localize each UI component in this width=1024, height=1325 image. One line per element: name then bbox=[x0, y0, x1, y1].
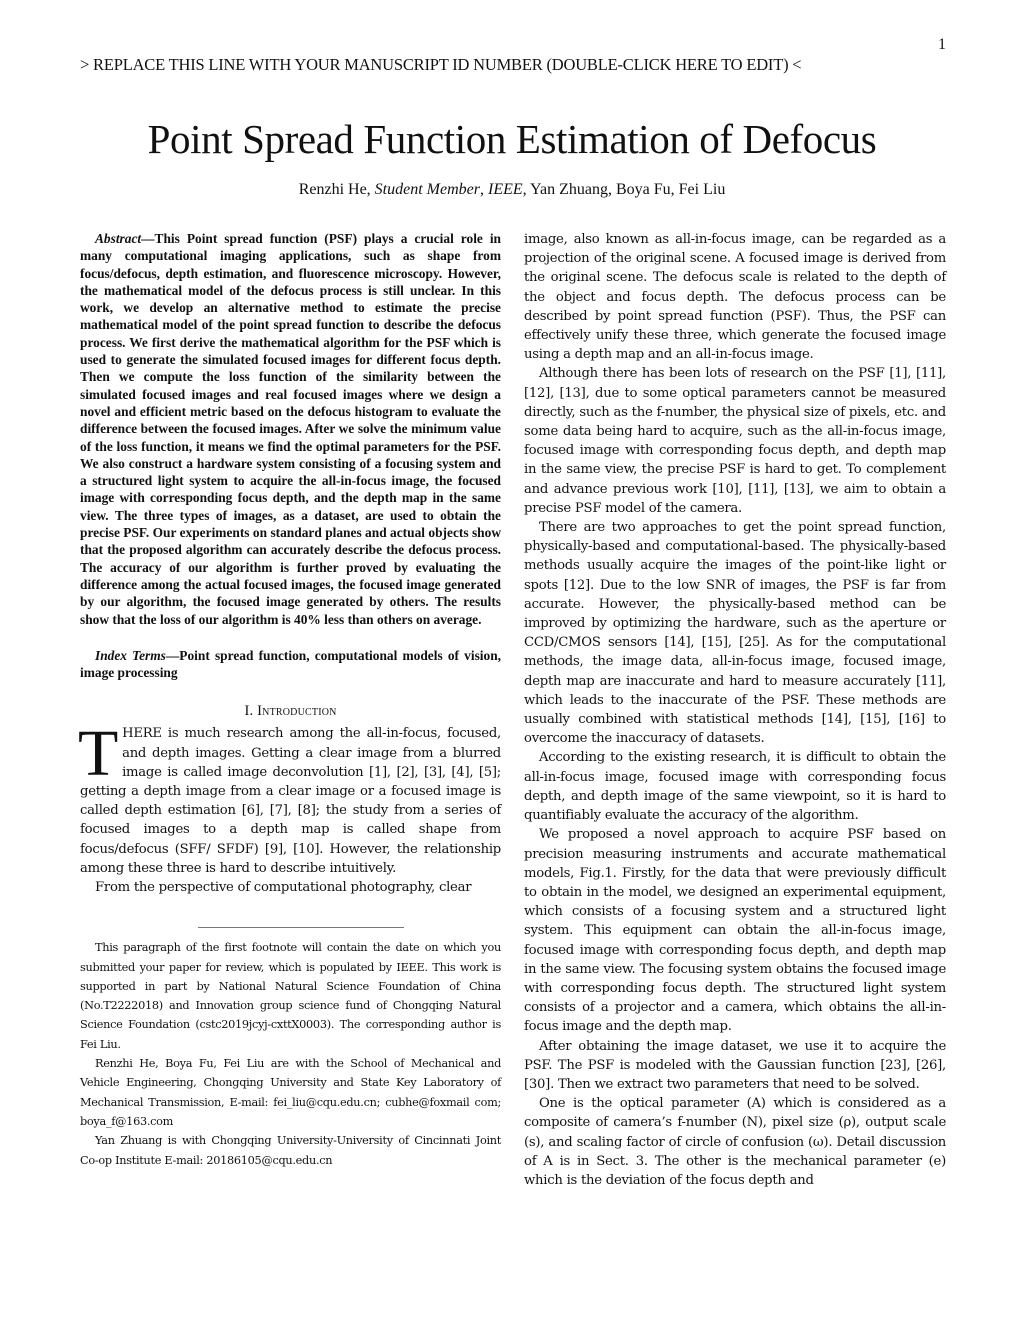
intro-paragraph-1-text: HERE is much research among the all-in-f… bbox=[80, 726, 501, 875]
left-column: Abstract—This Point spread function (PSF… bbox=[80, 230, 501, 1170]
right-paragraph-2: Although there has been lots of research… bbox=[524, 364, 946, 518]
index-terms-lead: Index Terms bbox=[95, 648, 166, 663]
author-rest: , Yan Zhuang, Boya Fu, Fei Liu bbox=[523, 181, 726, 198]
footnote-3: Yan Zhuang is with Chongqing University-… bbox=[80, 1131, 501, 1170]
abstract-text: —This Point spread function (PSF) plays … bbox=[80, 231, 501, 627]
intro-paragraph-2: From the perspective of computational ph… bbox=[80, 878, 501, 897]
index-terms: Index Terms—Point spread function, compu… bbox=[80, 647, 501, 682]
footnote-1: This paragraph of the first footnote wil… bbox=[80, 938, 501, 1054]
abstract-lead: Abstract bbox=[95, 231, 141, 246]
right-paragraph-4: According to the existing research, it i… bbox=[524, 748, 946, 825]
section-heading-introduction: I. Introduction bbox=[80, 703, 501, 720]
footnote-divider bbox=[198, 927, 404, 928]
right-paragraph-3: There are two approaches to get the poin… bbox=[524, 518, 946, 748]
drop-cap: T bbox=[78, 728, 118, 780]
paper-page: 1 > REPLACE THIS LINE WITH YOUR MANUSCRI… bbox=[0, 0, 1024, 1325]
right-paragraph-7: One is the optical parameter (A) which i… bbox=[524, 1094, 946, 1190]
author-membership: Student Member bbox=[375, 181, 480, 198]
right-paragraph-1: image, also known as all-in-focus image,… bbox=[524, 230, 946, 364]
abstract: Abstract—This Point spread function (PSF… bbox=[80, 230, 501, 628]
author-sep: , bbox=[480, 181, 488, 198]
intro-paragraph-1: THERE is much research among the all-in-… bbox=[80, 724, 501, 878]
running-head: > REPLACE THIS LINE WITH YOUR MANUSCRIPT… bbox=[80, 55, 801, 75]
author-society: IEEE bbox=[488, 181, 523, 198]
right-paragraph-5: We proposed a novel approach to acquire … bbox=[524, 825, 946, 1036]
author-line: Renzhi He, Student Member, IEEE, Yan Zhu… bbox=[0, 181, 1024, 199]
page-number: 1 bbox=[938, 36, 946, 54]
paper-title: Point Spread Function Estimation of Defo… bbox=[0, 115, 1024, 163]
right-column: image, also known as all-in-focus image,… bbox=[524, 230, 946, 1190]
footnote-2: Renzhi He, Boya Fu, Fei Liu are with the… bbox=[80, 1054, 501, 1131]
right-paragraph-6: After obtaining the image dataset, we us… bbox=[524, 1037, 946, 1095]
author-first: Renzhi He, bbox=[299, 181, 375, 198]
